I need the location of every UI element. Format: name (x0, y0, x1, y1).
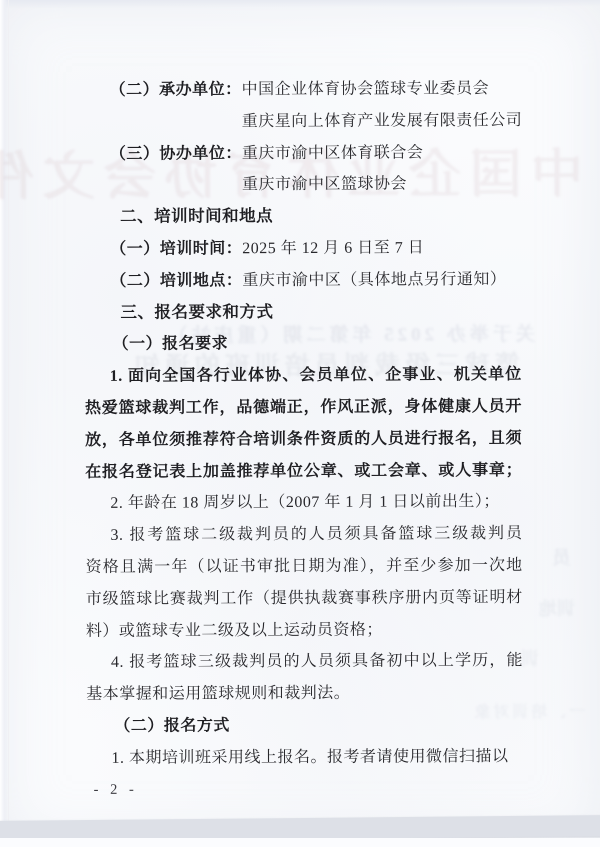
bleedthrough-ghost-text: 训地 (539, 595, 575, 621)
document-body: （二）承办单位：中国企业体育协会篮球专业委员会重庆星向上体育产业发展有限责任公司… (83, 73, 523, 774)
line-text: 2025 年 12 月 6 日至 7 日 (242, 239, 424, 257)
line-label-text: （一）报名要求 (113, 336, 229, 354)
text-line: 市级篮球比赛裁判工作（提供执裁赛事秩序册内页等证明材 (86, 582, 523, 616)
line-label-text: 在报名登记表上加盖推荐单位公章、或工会章、或人事章； (85, 462, 522, 481)
text-line: 1. 本期培训班采用线上报名。报考者请使用微信扫描以 (86, 741, 523, 775)
line-text: 市级篮球比赛裁判工作（提供执裁赛事秩序册内页等证明材 (86, 589, 523, 608)
text-line: 重庆星向上体育产业发展有限责任公司 (84, 105, 521, 139)
text-line: 2. 年龄在 18 周岁以上（2007 年 1 月 1 日以前出生）； (85, 486, 522, 520)
line-label-text: （三）协办单位： (110, 145, 242, 163)
line-text: 1. 本期培训班采用线上报名。报考者请使用微信扫描以 (111, 748, 508, 767)
line-label-text: 二、培训时间和地点 (120, 207, 273, 226)
line-text: 2. 年龄在 18 周岁以上（2007 年 1 月 1 日以前出生）； (110, 493, 500, 512)
line-label-text: （二）报名方式 (114, 717, 230, 735)
line-text: 3. 报考篮球二级裁判员的人员须具备篮球三级裁判员 (110, 525, 522, 544)
text-line: 资格且满一年（以证书审批日期为准），并至少参加一次地 (86, 550, 523, 584)
text-line: 热爱篮球裁判工作，品德端正，作风正派，身体健康人员开 (85, 391, 522, 425)
line-label-text: （二）承办单位： (110, 81, 242, 99)
line-text: 基本掌握和运用篮球规则和裁判法。 (86, 685, 350, 703)
line-text: 中国企业体育协会篮球专业委员会 (242, 80, 490, 98)
text-line: （二）培训地点：重庆市渝中区（具体地点另行通知） (84, 264, 521, 298)
text-line: 1. 面向全国各行业体协、会员单位、企事业、机关单位 (85, 359, 522, 393)
line-label-text: 放，各单位须推荐符合培训条件资质的人员进行报名，且须 (85, 430, 522, 449)
line-label-text: （一）培训时间： (110, 240, 242, 258)
text-line: （一）报名要求 (85, 327, 522, 361)
page-number: - 2 - (94, 782, 138, 799)
bleedthrough-ghost-text: 员 (553, 544, 571, 570)
text-line: 3. 报考篮球二级裁判员的人员须具备篮球三级裁判员 (85, 518, 522, 552)
line-text: 4. 报考篮球三级裁判员的人员须具备初中以上学历，能 (111, 652, 523, 671)
text-line: （三）协办单位：重庆市渝中区体育联合会 (84, 137, 521, 171)
bleedthrough-ghost-text: 训 (521, 645, 539, 671)
line-text: 重庆星向上体育产业发展有限责任公司 (242, 112, 521, 130)
text-line: （一）培训时间：2025 年 12 月 6 日至 7 日 (84, 232, 521, 266)
text-line: 放，各单位须推荐符合培训条件资质的人员进行报名，且须 (85, 423, 522, 457)
line-text: 料）或篮球专业二级及以上运动员资格； (86, 621, 383, 639)
text-line: 料）或篮球专业二级及以上运动员资格； (86, 614, 523, 648)
line-text: 重庆市渝中区（具体地点另行通知） (242, 271, 506, 289)
line-label-text: （二）培训地点： (110, 272, 242, 290)
line-text: 资格且满一年（以证书审批日期为准），并至少参加一次地 (86, 557, 523, 576)
text-line: （二）承办单位：中国企业体育协会篮球专业委员会 (83, 73, 520, 107)
page-content: 中国企业体育协会文件关于举办 2025 年第二期（重庆站）篮球三级裁判员培训班的… (0, 0, 600, 847)
line-label-text: 热爱篮球裁判工作，品德端正，作风正派，身体健康人员开 (85, 398, 522, 417)
text-line: 重庆市渝中区篮球协会 (84, 168, 521, 202)
text-line: 4. 报考篮球三级裁判员的人员须具备初中以上学历，能 (86, 645, 523, 679)
line-label-text: 1. 面向全国各行业体协、会员单位、企事业、机关单位 (110, 366, 522, 385)
line-text: 重庆市渝中区篮球协会 (242, 176, 407, 194)
text-line: 基本掌握和运用篮球规则和裁判法。 (86, 677, 523, 711)
line-text: 重庆市渝中区体育联合会 (242, 144, 424, 162)
text-line: 三、报名要求和方式 (84, 296, 521, 330)
line-label-text: 三、报名要求和方式 (120, 303, 273, 322)
ghost-bleedthrough-layer: 中国企业体育协会文件关于举办 2025 年第二期（重庆站）篮球三级裁判员培训班的… (0, 0, 598, 1)
text-line: 在报名登记表上加盖推荐单位公章、或工会章、或人事章； (85, 455, 522, 489)
text-line: 二、培训时间和地点 (84, 200, 521, 234)
scanned-page: 中国企业体育协会文件关于举办 2025 年第二期（重庆站）篮球三级裁判员培训班的… (0, 0, 600, 847)
text-line: （二）报名方式 (86, 709, 523, 743)
